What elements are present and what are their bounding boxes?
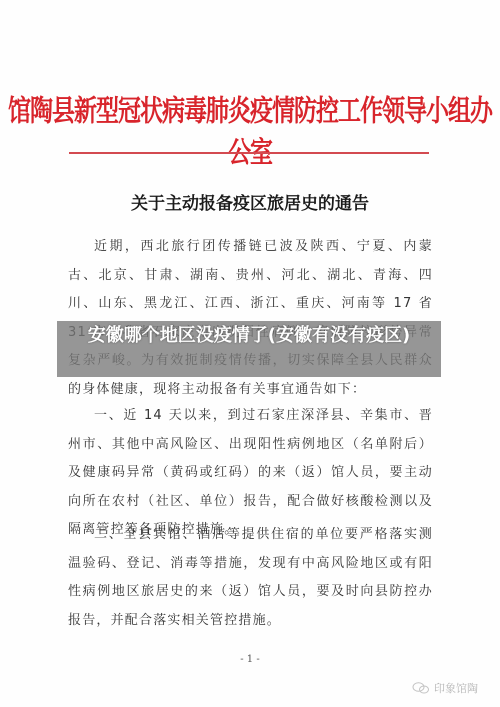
watermark-text: 印象馆陶	[434, 680, 478, 696]
paragraph-item-2: 二、全县宾馆、酒店等提供住宿的单位要严格落实测温验码、登记、消毒等措施，发现有中…	[68, 521, 433, 635]
document-page: 馆陶县新型冠状病毒肺炎疫情防控工作领导小组办公室 关于主动报备疫区旅居史的通告 …	[0, 0, 500, 707]
overlay-title: 安徽哪个地区没疫情了(安徽有没有疫区)	[57, 321, 441, 349]
red-divider-rule	[69, 152, 429, 154]
page-number: - 1 -	[0, 654, 500, 665]
wechat-icon	[412, 682, 430, 694]
issuing-office-header: 馆陶县新型冠状病毒肺炎疫情防控工作领导小组办公室	[0, 88, 500, 171]
paragraph-intro: 近期，西北旅行团传播链已波及陕西、宁夏、内蒙古、北京、甘肃、湖南、贵州、河北、湖…	[68, 233, 433, 404]
document-title: 关于主动报备疫区旅居史的通告	[0, 189, 500, 214]
watermark: 印象馆陶	[412, 680, 478, 696]
